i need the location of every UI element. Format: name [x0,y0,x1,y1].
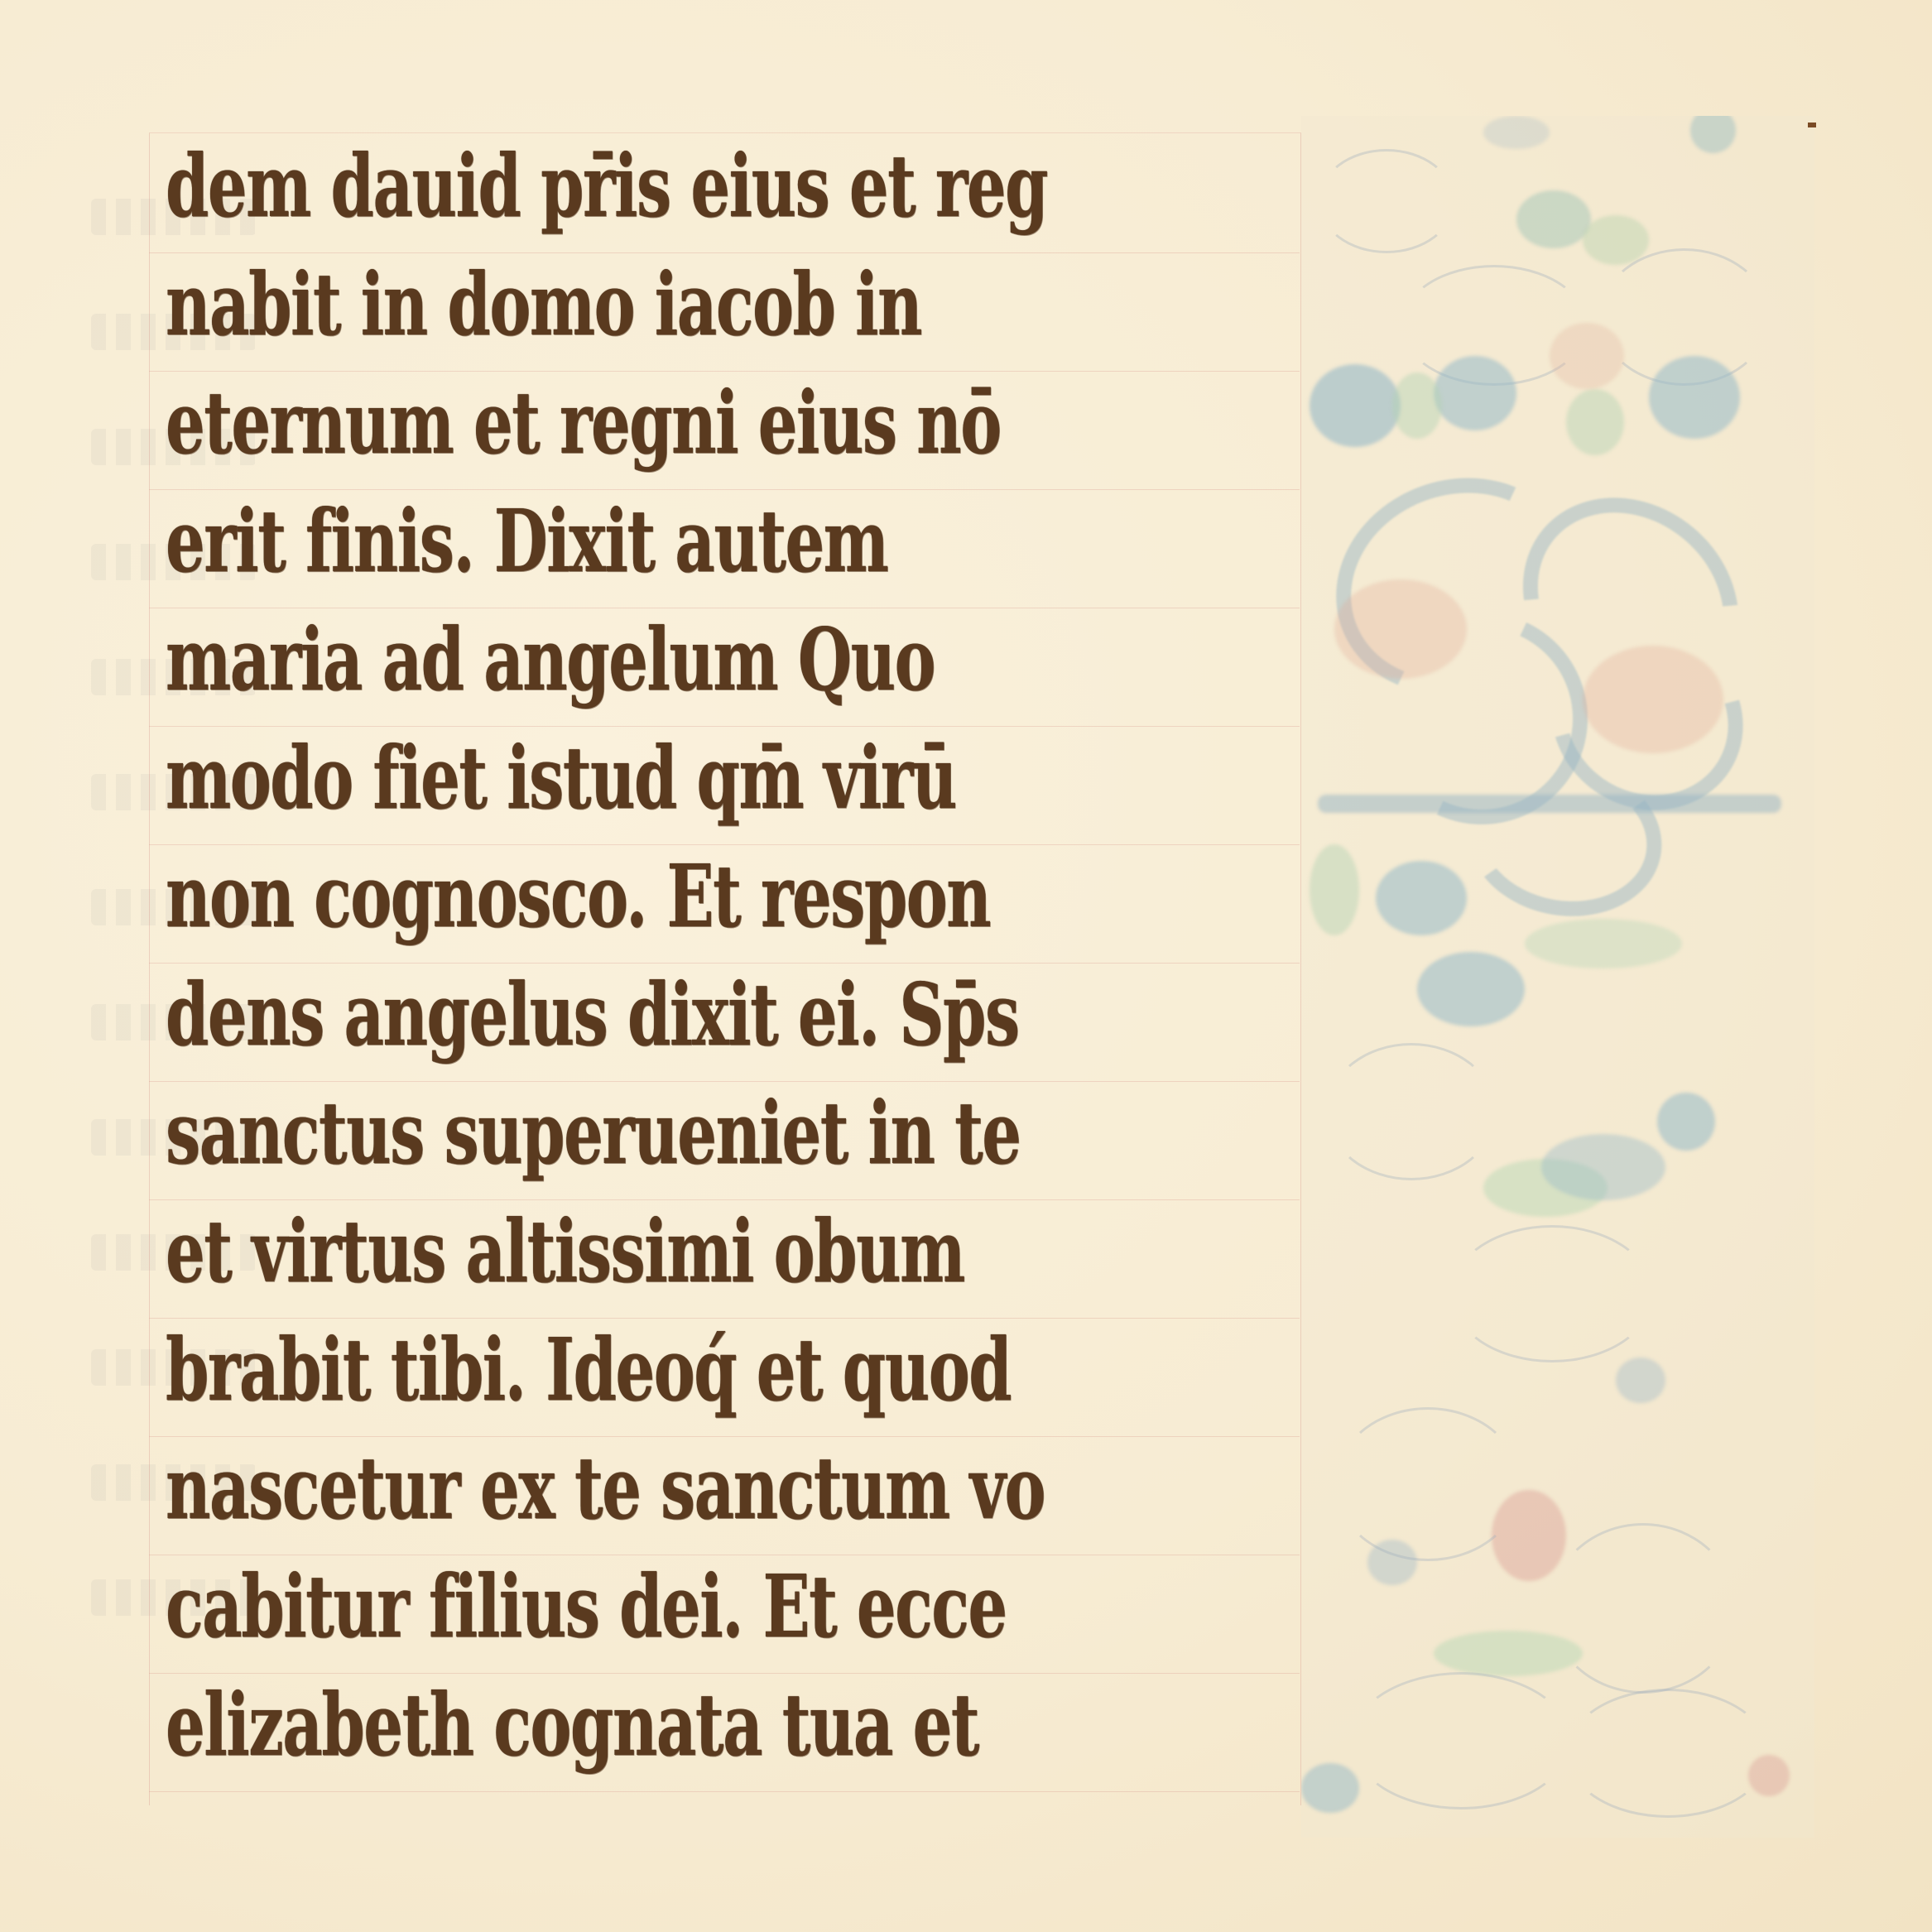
leaf-icon [1566,389,1624,455]
floral-border-showthrough [1301,116,1814,1838]
tendril-icon [1566,1689,1770,1818]
berry-icon [1616,1358,1665,1403]
tendril-icon [1351,1672,1571,1809]
leaf-icon [1516,190,1591,248]
text-line-12: nascetur ex te sanctum vo [166,1439,988,1557]
text-line-2: nabit in domo iacob in [166,255,988,373]
text-line-8: dens angelus dixit ei. Sp̄s [166,965,988,1084]
text-line-11: brabit tibi. Ideoq́ et quod [166,1320,988,1439]
berry-icon [1483,116,1550,149]
flower-icon [1376,861,1467,935]
text-block: dem dauid pr̄is eius et reg nabit in dom… [166,137,1308,1794]
text-line-14: elizabeth cognata tua et [166,1675,988,1794]
text-line-5: maria ad angelum Quo [166,610,988,728]
berry-icon [1301,1763,1359,1813]
tendril-icon [1450,1225,1654,1362]
tendril-icon [1550,1523,1737,1694]
text-line-4: erit finis. Dixit autem [166,492,988,610]
text-line-10: et virtus altissimi obum [166,1202,988,1320]
leaf-icon [1541,1134,1665,1200]
tendril-icon [1326,1043,1497,1180]
ink-speck [1808,123,1816,127]
leaf-icon [1583,215,1649,265]
leaf-icon [1392,372,1442,439]
text-line-9: sanctus superueniet in te [166,1084,988,1202]
berry-icon [1657,1093,1715,1151]
text-line-6: modo fiet istud qm̄ virū [166,728,988,847]
flower-icon [1417,952,1525,1026]
tendril-icon [1334,1407,1521,1561]
flower-icon [1310,364,1401,447]
text-line-3: eternum et regni eius nō [166,373,988,492]
text-line-1: dem dauid pr̄is eius et reg [166,137,988,255]
flower-icon [1583,646,1723,753]
text-line-13: cabitur filius dei. Et ecce [166,1557,988,1675]
text-line-7: non cognosco. Et respon [166,847,988,965]
manuscript-leaf: dem dauid pr̄is eius et reg nabit in dom… [0,0,1932,1932]
tendril-icon [1318,149,1455,253]
leaf-icon [1310,844,1359,935]
berry-icon [1690,116,1736,153]
flower-icon [1550,323,1624,389]
leaf-icon [1525,919,1682,968]
flower-icon [1434,356,1516,430]
flower-icon [1649,356,1740,439]
flower-icon [1334,579,1467,679]
